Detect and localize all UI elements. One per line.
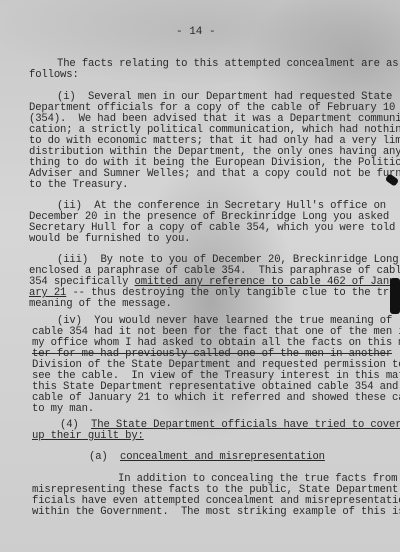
section-4-line-2: up their guilt by: [32,431,144,442]
para-ii-line-4: would be furnished to you. [29,234,190,245]
intro-line-1: The facts relating to this attempted con… [57,59,398,70]
page-number: - 14 - [176,26,216,38]
document-page: - 14 - The facts relating to this attemp… [0,0,400,552]
intro-line-2: follows: [29,70,79,81]
para-iv-line-9: to my man. [32,404,94,415]
para-i-line-9: to the Treasury. [29,180,128,191]
para-a-line-4: within the Government. The most striking… [32,507,400,518]
para-iii-line-5: meaning of the message. [29,299,172,310]
sub-a-heading: (a) concealment and misrepresentation [89,452,325,463]
sub-a-title: concealment and misrepresentation [120,451,325,463]
binder-clip-mark [390,278,400,314]
sub-a-number: (a) [89,451,120,463]
